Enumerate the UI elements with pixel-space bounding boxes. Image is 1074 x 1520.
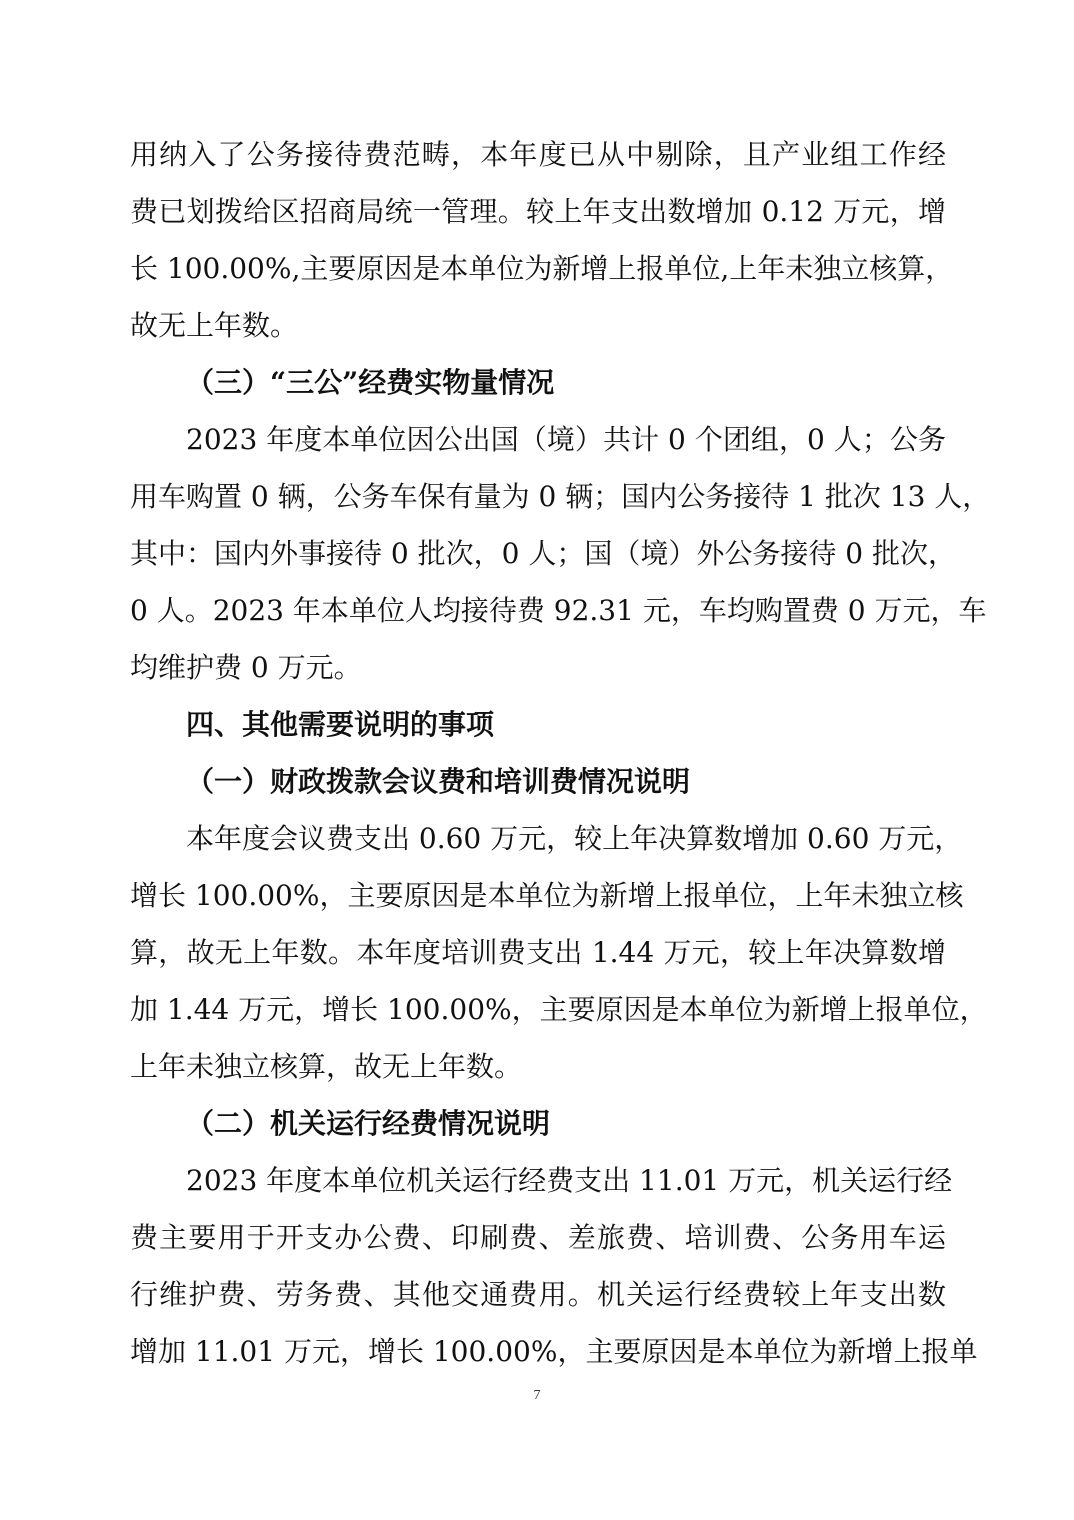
document-page: 用纳入了公务接待费范畴，本年度已从中剔除，且产业组工作经 费已划拨给区招商局统一…: [0, 0, 1074, 1520]
paragraph-line: 算，故无上年数。本年度培训费支出 1.44 万元，较上年决算数增: [130, 933, 946, 973]
paragraph-line: 费主要用于开支办公费、印刷费、差旅费、培训费、公务用车运: [130, 1218, 946, 1258]
page-number: 7: [0, 1388, 1074, 1404]
paragraph-line: 本年度会议费支出 0.60 万元，较上年决算数增加 0.60 万元，: [186, 819, 946, 859]
subsection-heading-1: （一）财政拨款会议费和培训费情况说明: [186, 762, 1002, 802]
paragraph-line: 增加 11.01 万元，增长 100.00%，主要原因是本单位为新增上报单: [130, 1332, 946, 1372]
paragraph-line: 加 1.44 万元，增长 100.00%，主要原因是本单位为新增上报单位，: [130, 990, 946, 1030]
paragraph-line: 2023 年度本单位机关运行经费支出 11.01 万元，机关运行经: [186, 1161, 946, 1201]
paragraph-line: 行维护费、劳务费、其他交通费用。机关运行经费较上年支出数: [130, 1275, 946, 1315]
paragraph-line: 0 人。2023 年本单位人均接待费 92.31 元，车均购置费 0 万元，车: [130, 591, 946, 631]
paragraph-line: 用车购置 0 辆，公务车保有量为 0 辆；国内公务接待 1 批次 13 人，: [130, 477, 946, 517]
paragraph-line: 费已划拨给区招商局统一管理。较上年支出数增加 0.12 万元，增: [130, 192, 946, 232]
section-heading-4: 四、其他需要说明的事项: [186, 705, 946, 745]
paragraph-line: 故无上年数。: [130, 306, 946, 346]
subsection-heading-2: （二）机关运行经费情况说明: [186, 1104, 1002, 1144]
paragraph-line: 均维护费 0 万元。: [130, 648, 946, 688]
paragraph-line: 长 100.00%,主要原因是本单位为新增上报单位,上年未独立核算，: [130, 249, 946, 289]
paragraph-line: 其中：国内外事接待 0 批次，0 人；国（境）外公务接待 0 批次，: [130, 534, 946, 574]
paragraph-line: 上年未独立核算，故无上年数。: [130, 1047, 946, 1087]
paragraph-line: 用纳入了公务接待费范畴，本年度已从中剔除，且产业组工作经: [130, 135, 946, 175]
paragraph-line: 增长 100.00%，主要原因是本单位为新增上报单位，上年未独立核: [130, 876, 946, 916]
paragraph-line: 2023 年度本单位因公出国（境）共计 0 个团组，0 人；公务: [186, 420, 946, 460]
section-heading-3: （三）“三公”经费实物量情况: [186, 363, 1002, 403]
